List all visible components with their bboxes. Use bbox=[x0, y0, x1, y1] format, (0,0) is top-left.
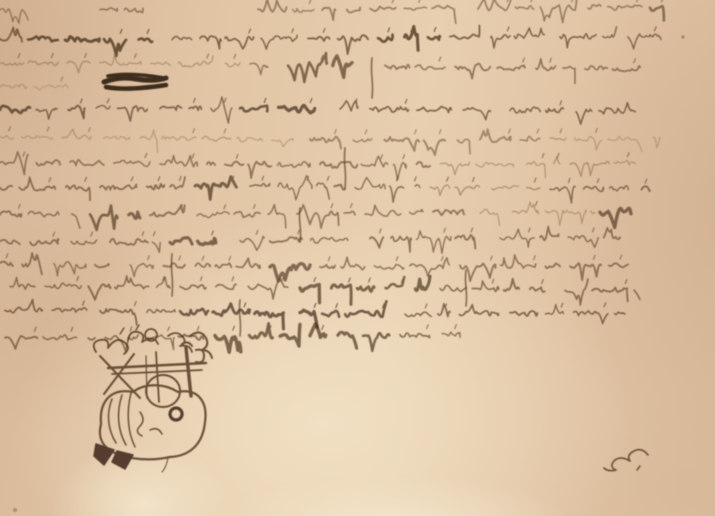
handwriting-line bbox=[0, 53, 640, 83]
crossed-out-word bbox=[104, 74, 166, 88]
ink-speck bbox=[682, 36, 685, 39]
handwriting-line bbox=[0, 77, 68, 90]
handwriting-line bbox=[0, 97, 635, 124]
handwriting-line bbox=[0, 227, 620, 254]
handwriting-line bbox=[0, 0, 664, 23]
handwriting-line bbox=[0, 253, 628, 281]
handwriting-line bbox=[5, 324, 460, 353]
handwriting-line bbox=[0, 127, 660, 155]
ink-sketch bbox=[94, 325, 212, 472]
catchword bbox=[604, 450, 648, 471]
manuscript-photo bbox=[0, 0, 715, 516]
handwriting-line bbox=[10, 276, 640, 305]
ink-layer bbox=[0, 0, 715, 516]
handwriting-line bbox=[0, 176, 650, 203]
handwriting-line bbox=[0, 202, 631, 230]
handwriting-line bbox=[0, 26, 661, 56]
handwriting-line bbox=[0, 152, 635, 180]
ink-speck bbox=[13, 508, 17, 512]
